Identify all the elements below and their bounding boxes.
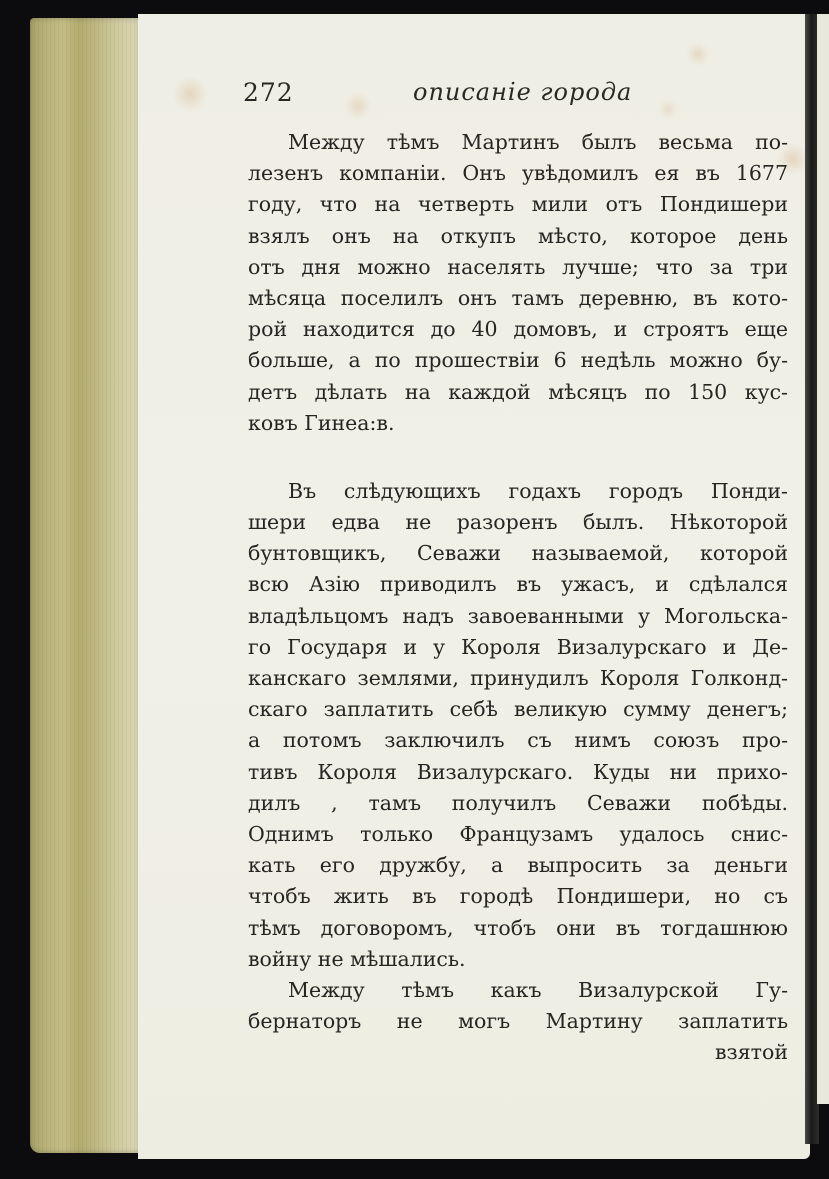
text-line: году, что на четверть мили отъ Пондишери [248,189,788,220]
text-line: отъ дня можно населять лучше; что за три [248,252,788,283]
running-title: описаніе города [413,78,632,106]
text-line: Въ слѣдующихъ годахъ городъ Понди- [248,476,788,507]
text-line: чтобъ жить въ городѣ Пондишери, но съ [248,881,788,912]
text-line: канскаго землями, принудилъ Короля Голко… [248,663,788,694]
text-line: Однимъ только Французамъ удалось снис- [248,819,788,850]
text-line: лезенъ компаніи. Онъ увѣдомилъ ея въ 167… [248,158,788,189]
text-line: ковъ Гинеа:в. [248,408,788,439]
text-line: больше, а по прошествіи 6 недѣль можно б… [248,345,788,376]
page-number: 272 [243,78,294,107]
text-line: рой находится до 40 домовъ, и строятъ ещ… [248,314,788,345]
text-line: взялъ онъ на откупъ мѣсто, которое день [248,221,788,252]
body-text: Между тѣмъ Мартинъ былъ весьма по- лезен… [248,127,788,1068]
paragraph-3: Между тѣмъ какъ Визалурской Гу- бернатор… [248,975,788,1037]
text-line: Между тѣмъ Мартинъ былъ весьма по- [248,127,788,158]
running-head: 272 описаніе города [243,78,643,118]
text-line: бернаторъ не могъ Мартину заплатить [248,1006,788,1037]
text-line: шери едва не разоренъ былъ. Нѣкоторой [248,507,788,538]
text-line: го Государя и у Короля Визалурскаго и Де… [248,632,788,663]
paragraph-gap [248,439,788,476]
text-line: детъ дѣлать на каждой мѣсяцъ по 150 кус- [248,377,788,408]
text-line: тивъ Короля Визалурскаго. Куды ни прихо- [248,757,788,788]
catchword: взятой [248,1037,788,1068]
text-line: а потомъ заключилъ съ нимъ союзъ про- [248,725,788,756]
text-line: Между тѣмъ какъ Визалурской Гу- [248,975,788,1006]
text-line: тѣмъ договоромъ, чтобъ они въ тогдашнюю [248,913,788,944]
text-line: дилъ , тамъ получилъ Севажи побѣды. [248,788,788,819]
text-line: бунтовщикъ, Севажи называемой, которой [248,538,788,569]
book-photo: 272 описаніе города Между тѣмъ Мартинъ б… [0,0,829,1179]
text-line: кать его дружбу, а выпросить за деньги [248,850,788,881]
text-line: скаго заплатить себѣ великую сумму денег… [248,694,788,725]
page-block-edges [30,18,140,1153]
text-line: мѣсяца поселилъ онъ тамъ деревню, въ кот… [248,283,788,314]
text-line: владѣльцомъ надъ завоеванными у Могольск… [248,601,788,632]
paragraph-2: Въ слѣдующихъ годахъ городъ Понди- шери … [248,476,788,975]
text-line: войну не мѣшались. [248,944,788,975]
facing-page-edge [817,14,829,1104]
text-line: всю Азію приводилъ въ ужасъ, и сдѣлался [248,569,788,600]
paragraph-1: Между тѣмъ Мартинъ былъ весьма по- лезен… [248,127,788,439]
